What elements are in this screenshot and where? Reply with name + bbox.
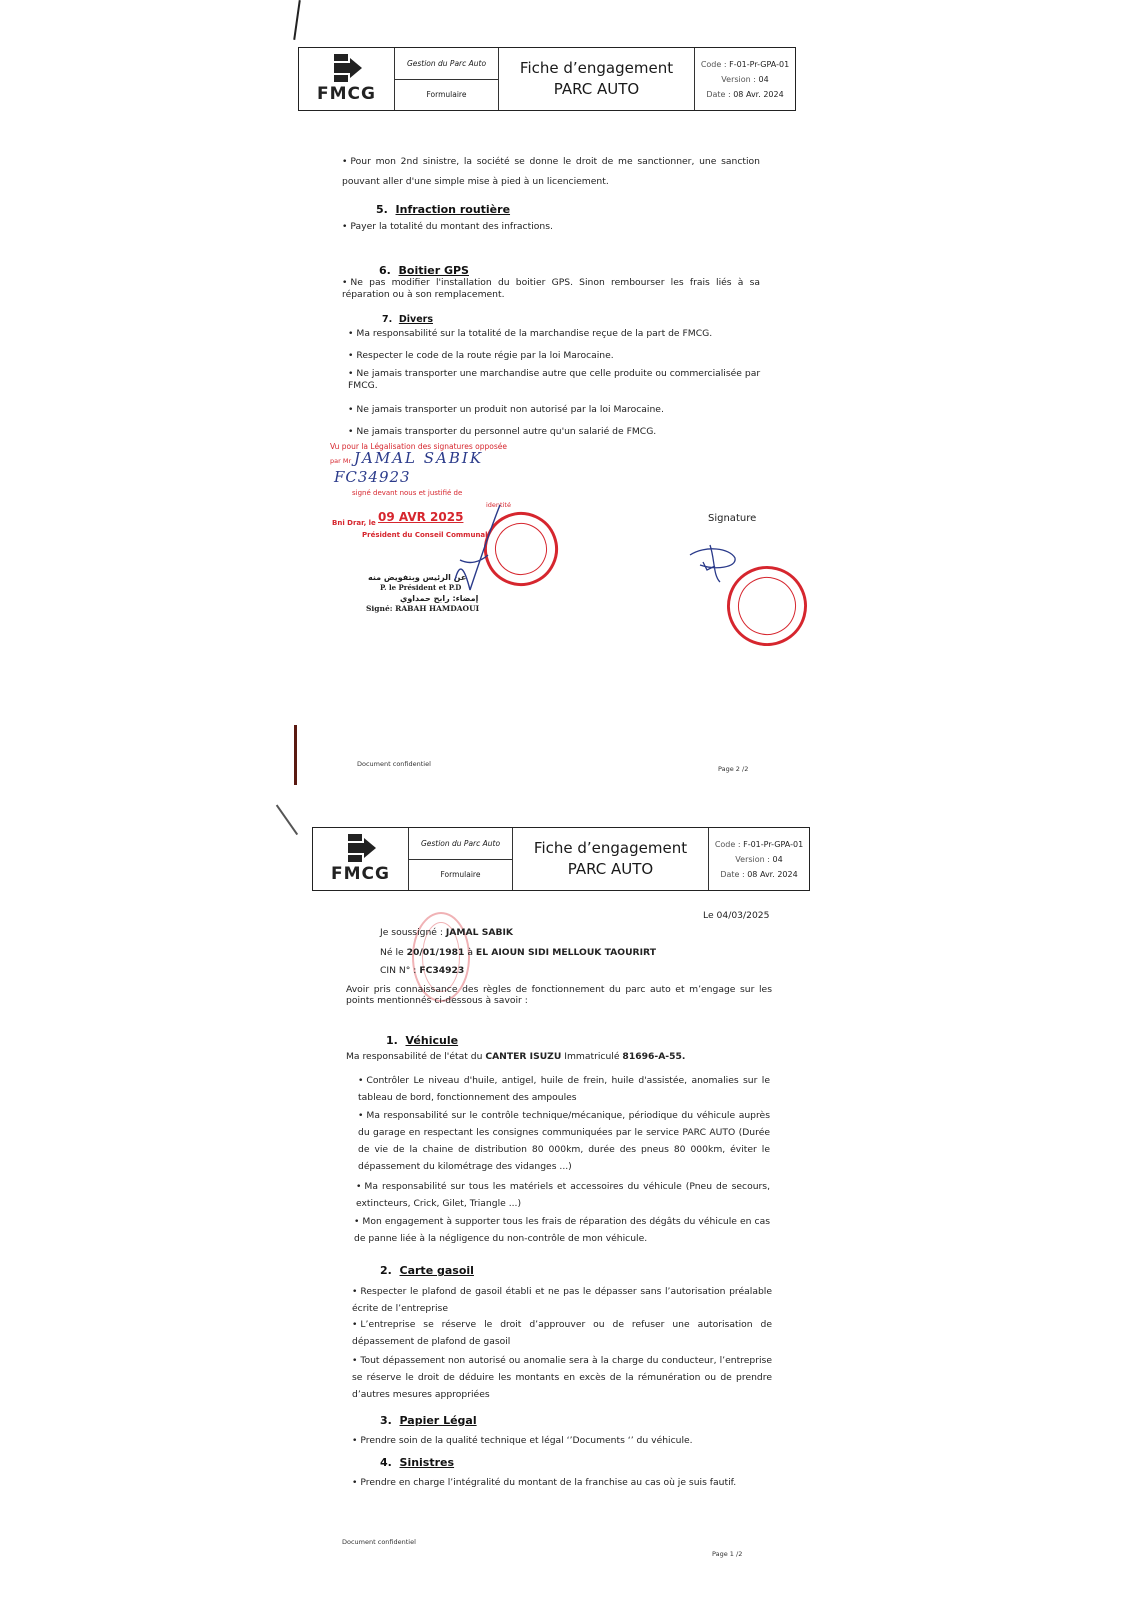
section-title: Papier Légal — [400, 1414, 477, 1427]
department-label: Gestion du Parc Auto — [395, 48, 498, 80]
date-label: Date : — [706, 90, 730, 99]
list-item: Ne pas modifier l'installation du boitie… — [342, 277, 760, 301]
page-number: Page 1 /2 — [712, 1550, 742, 1558]
document-page-1: FMCG Gestion du Parc Auto Formulaire Fic… — [290, 800, 830, 1599]
fmcg-arrow-icon — [330, 54, 364, 82]
signature-label: Signature — [708, 510, 756, 527]
section-title: Véhicule — [406, 1034, 459, 1047]
company-logo: FMCG — [299, 48, 395, 110]
list-item: Contrôler Le niveau d'huile, antigel, hu… — [358, 1072, 770, 1106]
cin-label: CIN N° : — [380, 965, 416, 976]
birth-a: à — [467, 947, 473, 958]
footer-confidential: Document confidentiel — [357, 760, 431, 768]
birth-label: Né le — [380, 947, 404, 958]
section-title: Divers — [399, 314, 433, 325]
version-label: Version : — [721, 75, 756, 84]
date-value: 08 Avr. 2024 — [747, 870, 797, 879]
form-title: Fiche d’engagement PARC AUTO — [513, 828, 709, 890]
vehicle-line: Ma responsabilité de l'état du CANTER IS… — [346, 1048, 685, 1065]
soussigne-label: Je soussigné : — [380, 927, 443, 938]
version-value: 04 — [773, 855, 783, 864]
section-title: Carte gasoil — [400, 1264, 474, 1277]
department-label: Gestion du Parc Auto — [409, 828, 512, 860]
section-title: Boitier GPS — [399, 264, 469, 277]
section-heading: 5. Infraction routière — [376, 203, 510, 216]
form-code-block: Code : F-01-Pr-GPA-01 Version : 04 Date … — [695, 48, 795, 110]
title-line-1: Fiche d’engagement — [520, 58, 673, 79]
section-heading: 3. Papier Légal — [380, 1414, 477, 1427]
list-item: Tout dépassement non autorisé ou anomali… — [352, 1352, 772, 1403]
employee-name: JAMAL SABIK — [446, 927, 513, 938]
code-label: Code : — [715, 840, 741, 849]
paper-edge — [293, 0, 301, 40]
soussigne-line: Je soussigné : JAMAL SABIK — [380, 924, 513, 941]
list-item: L’entreprise se réserve le droit d’appro… — [352, 1316, 772, 1350]
section-number: 7. — [382, 314, 392, 325]
vehicle-lead: Ma responsabilité de l'état du — [346, 1051, 482, 1062]
intro-paragraph: Avoir pris connaissance des règles de fo… — [346, 984, 772, 1006]
code-value: F-01-Pr-GPA-01 — [729, 60, 789, 69]
form-type-label: Formulaire — [409, 860, 512, 891]
version-value: 04 — [759, 75, 769, 84]
title-line-2: PARC AUTO — [554, 79, 639, 100]
list-item: Ma responsabilité sur la totalité de la … — [348, 325, 768, 342]
section-heading: 6. Boitier GPS — [379, 264, 469, 277]
legalisation-signed: Signé: RABAH HAMDAOUI — [366, 604, 479, 614]
form-header: FMCG Gestion du Parc Auto Formulaire Fic… — [298, 47, 796, 111]
list-item: Ma responsabilité sur le contrôle techni… — [358, 1107, 770, 1175]
fmcg-arrow-icon — [344, 834, 378, 862]
list-item: Respecter le code de la route régie par … — [348, 347, 768, 364]
employee-signature — [685, 540, 745, 585]
section-number: 1. — [386, 1034, 398, 1047]
list-item: Payer la totalité du montant des infract… — [342, 218, 760, 235]
section-title: Sinistres — [400, 1456, 455, 1469]
version-label: Version : — [735, 855, 770, 864]
section-number: 4. — [380, 1456, 392, 1469]
page-number: Page 2 /2 — [718, 765, 748, 773]
legalisation-line: signé devant nous et justifié de — [352, 488, 462, 498]
vehicle-reg-label: Immatriculé — [564, 1051, 619, 1062]
paper-edge — [294, 725, 297, 785]
list-item: Prendre soin de la qualité technique et … — [352, 1432, 772, 1449]
code-value: F-01-Pr-GPA-01 — [743, 840, 803, 849]
legalisation-place: Bni Drar, le — [332, 518, 376, 528]
list-item: Ne jamais transporter du personnel autre… — [348, 423, 768, 440]
section-heading: 2. Carte gasoil — [380, 1264, 474, 1277]
title-line-1: Fiche d’engagement — [534, 838, 687, 859]
cin-line: CIN N° : FC34923 — [380, 962, 464, 979]
birth-place: EL AIOUN SIDI MELLOUK TAOURIRT — [476, 947, 656, 958]
birth-date: 20/01/1981 — [407, 947, 465, 958]
section-number: 5. — [376, 203, 388, 216]
cin-value: FC34923 — [419, 965, 464, 976]
form-code-block: Code : F-01-Pr-GPA-01 Version : 04 Date … — [709, 828, 809, 890]
vehicle-plate: 81696-A-55. — [622, 1051, 685, 1062]
handwritten-name: JAMAL SABIK — [354, 449, 483, 467]
code-label: Code : — [701, 60, 727, 69]
form-title: Fiche d’engagement PARC AUTO — [499, 48, 695, 110]
logo-text: FMCG — [317, 84, 376, 104]
section-heading: 1. Véhicule — [386, 1034, 458, 1047]
date-value: 08 Avr. 2024 — [733, 90, 783, 99]
paper-edge — [276, 805, 298, 835]
document-page-2: FMCG Gestion du Parc Auto Formulaire Fic… — [290, 0, 830, 800]
section-heading: 4. Sinistres — [380, 1456, 454, 1469]
title-line-2: PARC AUTO — [568, 859, 653, 880]
signature-scribble — [440, 500, 510, 600]
section-heading: 7. Divers — [382, 314, 433, 325]
list-item: Ne jamais transporter un produit non aut… — [348, 401, 768, 418]
list-item: Mon engagement à supporter tous les frai… — [354, 1213, 770, 1247]
list-item: Respecter le plafond de gasoil établi et… — [352, 1283, 772, 1317]
form-type-label: Formulaire — [395, 80, 498, 111]
list-item: Ne jamais transporter une marchandise au… — [348, 368, 768, 392]
section-number: 6. — [379, 264, 391, 277]
form-header: FMCG Gestion du Parc Auto Formulaire Fic… — [312, 827, 810, 891]
section-title: Infraction routière — [396, 203, 511, 216]
logo-text: FMCG — [331, 864, 390, 884]
date-label: Date : — [720, 870, 744, 879]
list-item: Ma responsabilité sur tous les matériels… — [356, 1178, 770, 1212]
legalisation-prefix: par Mr — [330, 456, 351, 466]
document-date: Le 04/03/2025 — [703, 907, 769, 924]
sinistre-continuation: Pour mon 2nd sinistre, la société se don… — [342, 152, 760, 192]
list-item: Prendre en charge l’intégralité du monta… — [352, 1474, 772, 1491]
footer-confidential: Document confidentiel — [342, 1538, 416, 1546]
birth-line: Né le 20/01/1981 à EL AIOUN SIDI MELLOUK… — [380, 944, 656, 961]
section-number: 2. — [380, 1264, 392, 1277]
vehicle-model: CANTER ISUZU — [485, 1051, 561, 1062]
company-logo: FMCG — [313, 828, 409, 890]
handwritten-cin: FC34923 — [334, 468, 411, 486]
section-number: 3. — [380, 1414, 392, 1427]
